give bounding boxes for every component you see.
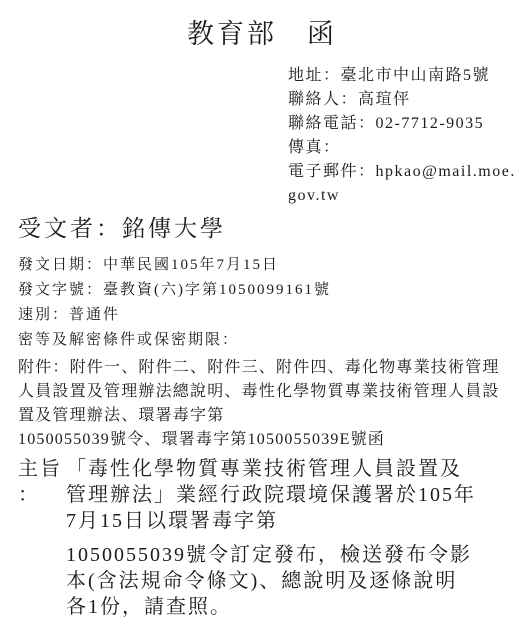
speed-value: 普通件 [69,307,120,323]
subject-line: 本(含法規命令條文)、總說明及逐條說明 [66,568,476,594]
subject-line: 1050055039號令訂定發布，檢送發布令影 [66,542,476,568]
doc-number-label: 發文字號： [18,282,103,298]
recipient-value: 銘傳大學 [122,216,226,241]
subject-line: 7月15日以環署毒字第 [66,508,476,534]
issue-date-label: 發文日期： [18,257,103,273]
doc-number-line: 發文字號：臺教資(六)字第1050099161號 [18,278,524,303]
issue-date-value: 中華民國105年7月15日 [103,257,279,273]
subject-line: 管理辦法」業經行政院環境保護署於105年 [66,482,476,508]
security-label: 密等及解密條件或保密期限： [18,332,239,348]
sender-address-label: 地址： [288,67,341,84]
doc-number-value: 臺教資(六)字第1050099161號 [103,282,331,298]
sender-contact: 聯絡人：高瑄伻 [288,88,522,112]
issue-date-line: 發文日期：中華民國105年7月15日 [18,253,524,278]
sender-address: 地址：臺北市中山南路5號 [288,64,522,88]
sender-info-block: 地址：臺北市中山南路5號 聯絡人：高瑄伻 聯絡電話：02-7712-9035 傳… [288,64,522,208]
sender-contact-label: 聯絡人： [288,91,358,108]
sender-phone: 聯絡電話：02-7712-9035 [288,112,522,136]
subject-body: 「毒性化學物質專業技術管理人員設置及 管理辦法」業經行政院環境保護署於105年 … [66,456,476,620]
attachment-block: 附件：附件一、附件二、附件三、附件四、毒化物專業技術管理 人員設置及管理辦法總說… [18,356,518,452]
sender-email-label: 電子郵件： [288,163,376,180]
sender-phone-value: 02-7712-9035 [376,115,485,132]
subject-section: 主旨： 「毒性化學物質專業技術管理人員設置及 管理辦法」業經行政院環境保護署於1… [18,456,524,620]
sender-contact-value: 高瑄伻 [358,91,411,108]
attachment-line: 人員設置及管理辦法總說明、毒性化學物質專業技術管理人員設 [18,380,518,404]
speed-label: 速別： [18,307,69,323]
document-title: 教育部 函 [0,16,524,52]
attachment-line: 1050055039號令、環署毒字第1050055039E號函 [18,428,518,452]
sender-address-value: 臺北市中山南路5號 [341,67,491,84]
security-line: 密等及解密條件或保密期限： [18,328,524,353]
attachment-line: 置及管理辦法、環署毒字第 [18,404,518,428]
meta-block: 發文日期：中華民國105年7月15日 發文字號：臺教資(六)字第10500991… [18,253,524,353]
sender-fax: 傳真： [288,136,522,160]
sender-email: 電子郵件：hpkao@mail.moe.gov.tw [288,160,522,208]
attachment-line: 附件：附件一、附件二、附件三、附件四、毒化物專業技術管理 [18,356,518,380]
recipient-label: 受文者： [18,216,122,241]
subject-line: 各1份，請查照。 [66,594,476,620]
subject-label: 主旨： [18,456,66,508]
recipient-line: 受文者：銘傳大學 [18,213,524,245]
subject-line: 「毒性化學物質專業技術管理人員設置及 [66,456,476,482]
official-letter-page: 教育部 函 地址：臺北市中山南路5號 聯絡人：高瑄伻 聯絡電話：02-7712-… [0,0,524,625]
speed-line: 速別：普通件 [18,303,524,328]
sender-fax-label: 傳真： [288,139,341,156]
sender-phone-label: 聯絡電話： [288,115,376,132]
